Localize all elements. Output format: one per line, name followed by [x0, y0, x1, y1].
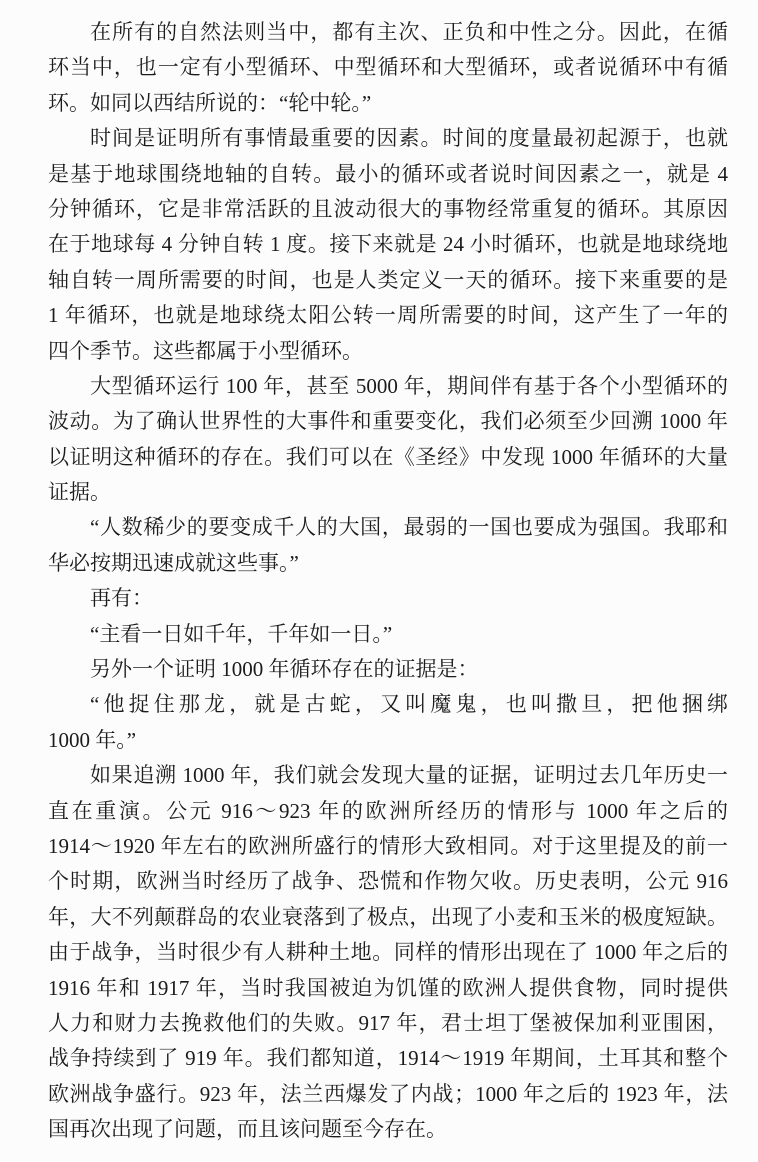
text-line: 直在重演。公元 916～923 年的欧洲所经历的情形与 1000 年之后的: [48, 794, 728, 829]
text-line: 四个季节。这些都属于小型循环。: [48, 334, 728, 369]
text-line: 人力和财力去挽救他们的失败。917 年，君士坦丁堡被保加利亚围困，: [48, 1006, 728, 1041]
text-line: 个时期，欧洲当时经历了战争、恐慌和作物欠收。历史表明，公元 916: [48, 864, 728, 899]
text-line: 1916 年和 1917 年，当时我国被迫为饥馑的欧洲人提供食物，同时提供: [48, 971, 728, 1006]
text-line: 战争持续到了 919 年。我们都知道，1914～1919 年期间，土耳其和整个: [48, 1041, 728, 1076]
text-line: “他捉住那龙，就是古蛇，又叫魔鬼，也叫撒旦，把他捆绑: [48, 687, 728, 722]
text-line: 环。如同以西结所说的：“轮中轮。”: [48, 86, 728, 121]
text-line: 1000 年。”: [48, 723, 728, 758]
text-line: 波动。为了确认世界性的大事件和重要变化，我们必须至少回溯 1000 年: [48, 404, 728, 439]
text-line: 国再次出现了问题，而且该问题至今存在。: [48, 1112, 728, 1147]
body-text: 在所有的自然法则当中，都有主次、正负和中性之分。因此，在循环当中，也一定有小型循…: [48, 15, 728, 1148]
text-line: 大型循环运行 100 年，甚至 5000 年，期间伴有基于各个小型循环的: [48, 369, 728, 404]
text-line: 在所有的自然法则当中，都有主次、正负和中性之分。因此，在循: [48, 15, 728, 50]
text-line: 轴自转一周所需要的时间，也是人类定义一天的循环。接下来重要的是: [48, 263, 728, 298]
text-line: 环当中，也一定有小型循环、中型循环和大型循环，或者说循环中有循: [48, 50, 728, 85]
text-line: “人数稀少的要变成千人的大国，最弱的一国也要成为强国。我耶和: [48, 510, 728, 545]
document-page: 在所有的自然法则当中，都有主次、正负和中性之分。因此，在循环当中，也一定有小型循…: [0, 0, 758, 1162]
text-line: 1 年循环，也就是地球绕太阳公转一周所需要的时间，这产生了一年的: [48, 298, 728, 333]
text-line: 1914～1920 年左右的欧洲所盛行的情形大致相同。对于这里提及的前一: [48, 829, 728, 864]
text-line: 在于地球每 4 分钟自转 1 度。接下来就是 24 小时循环，也就是地球绕地: [48, 227, 728, 262]
text-line: 再有：: [48, 581, 728, 616]
text-line: 如果追溯 1000 年，我们就会发现大量的证据，证明过去几年历史一: [48, 758, 728, 793]
text-line: 华必按期迅速成就这些事。”: [48, 546, 728, 581]
text-line: 以证明这种循环的存在。我们可以在《圣经》中发现 1000 年循环的大量: [48, 440, 728, 475]
text-line: 时间是证明所有事情最重要的因素。时间的度量最初起源于，也就: [48, 121, 728, 156]
text-line: 是基于地球围绕地轴的自转。最小的循环或者说时间因素之一，就是 4: [48, 157, 728, 192]
text-line: 年，大不列颠群岛的农业衰落到了极点，出现了小麦和玉米的极度短缺。: [48, 900, 728, 935]
text-line: 由于战争，当时很少有人耕种土地。同样的情形出现在了 1000 年之后的: [48, 935, 728, 970]
text-line: 分钟循环，它是非常活跃的且波动很大的事物经常重复的循环。其原因: [48, 192, 728, 227]
text-line: “主看一日如千年，千年如一日。”: [48, 617, 728, 652]
text-line: 另外一个证明 1000 年循环存在的证据是：: [48, 652, 728, 687]
text-line: 欧洲战争盛行。923 年，法兰西爆发了内战；1000 年之后的 1923 年，法: [48, 1077, 728, 1112]
text-line: 证据。: [48, 475, 728, 510]
